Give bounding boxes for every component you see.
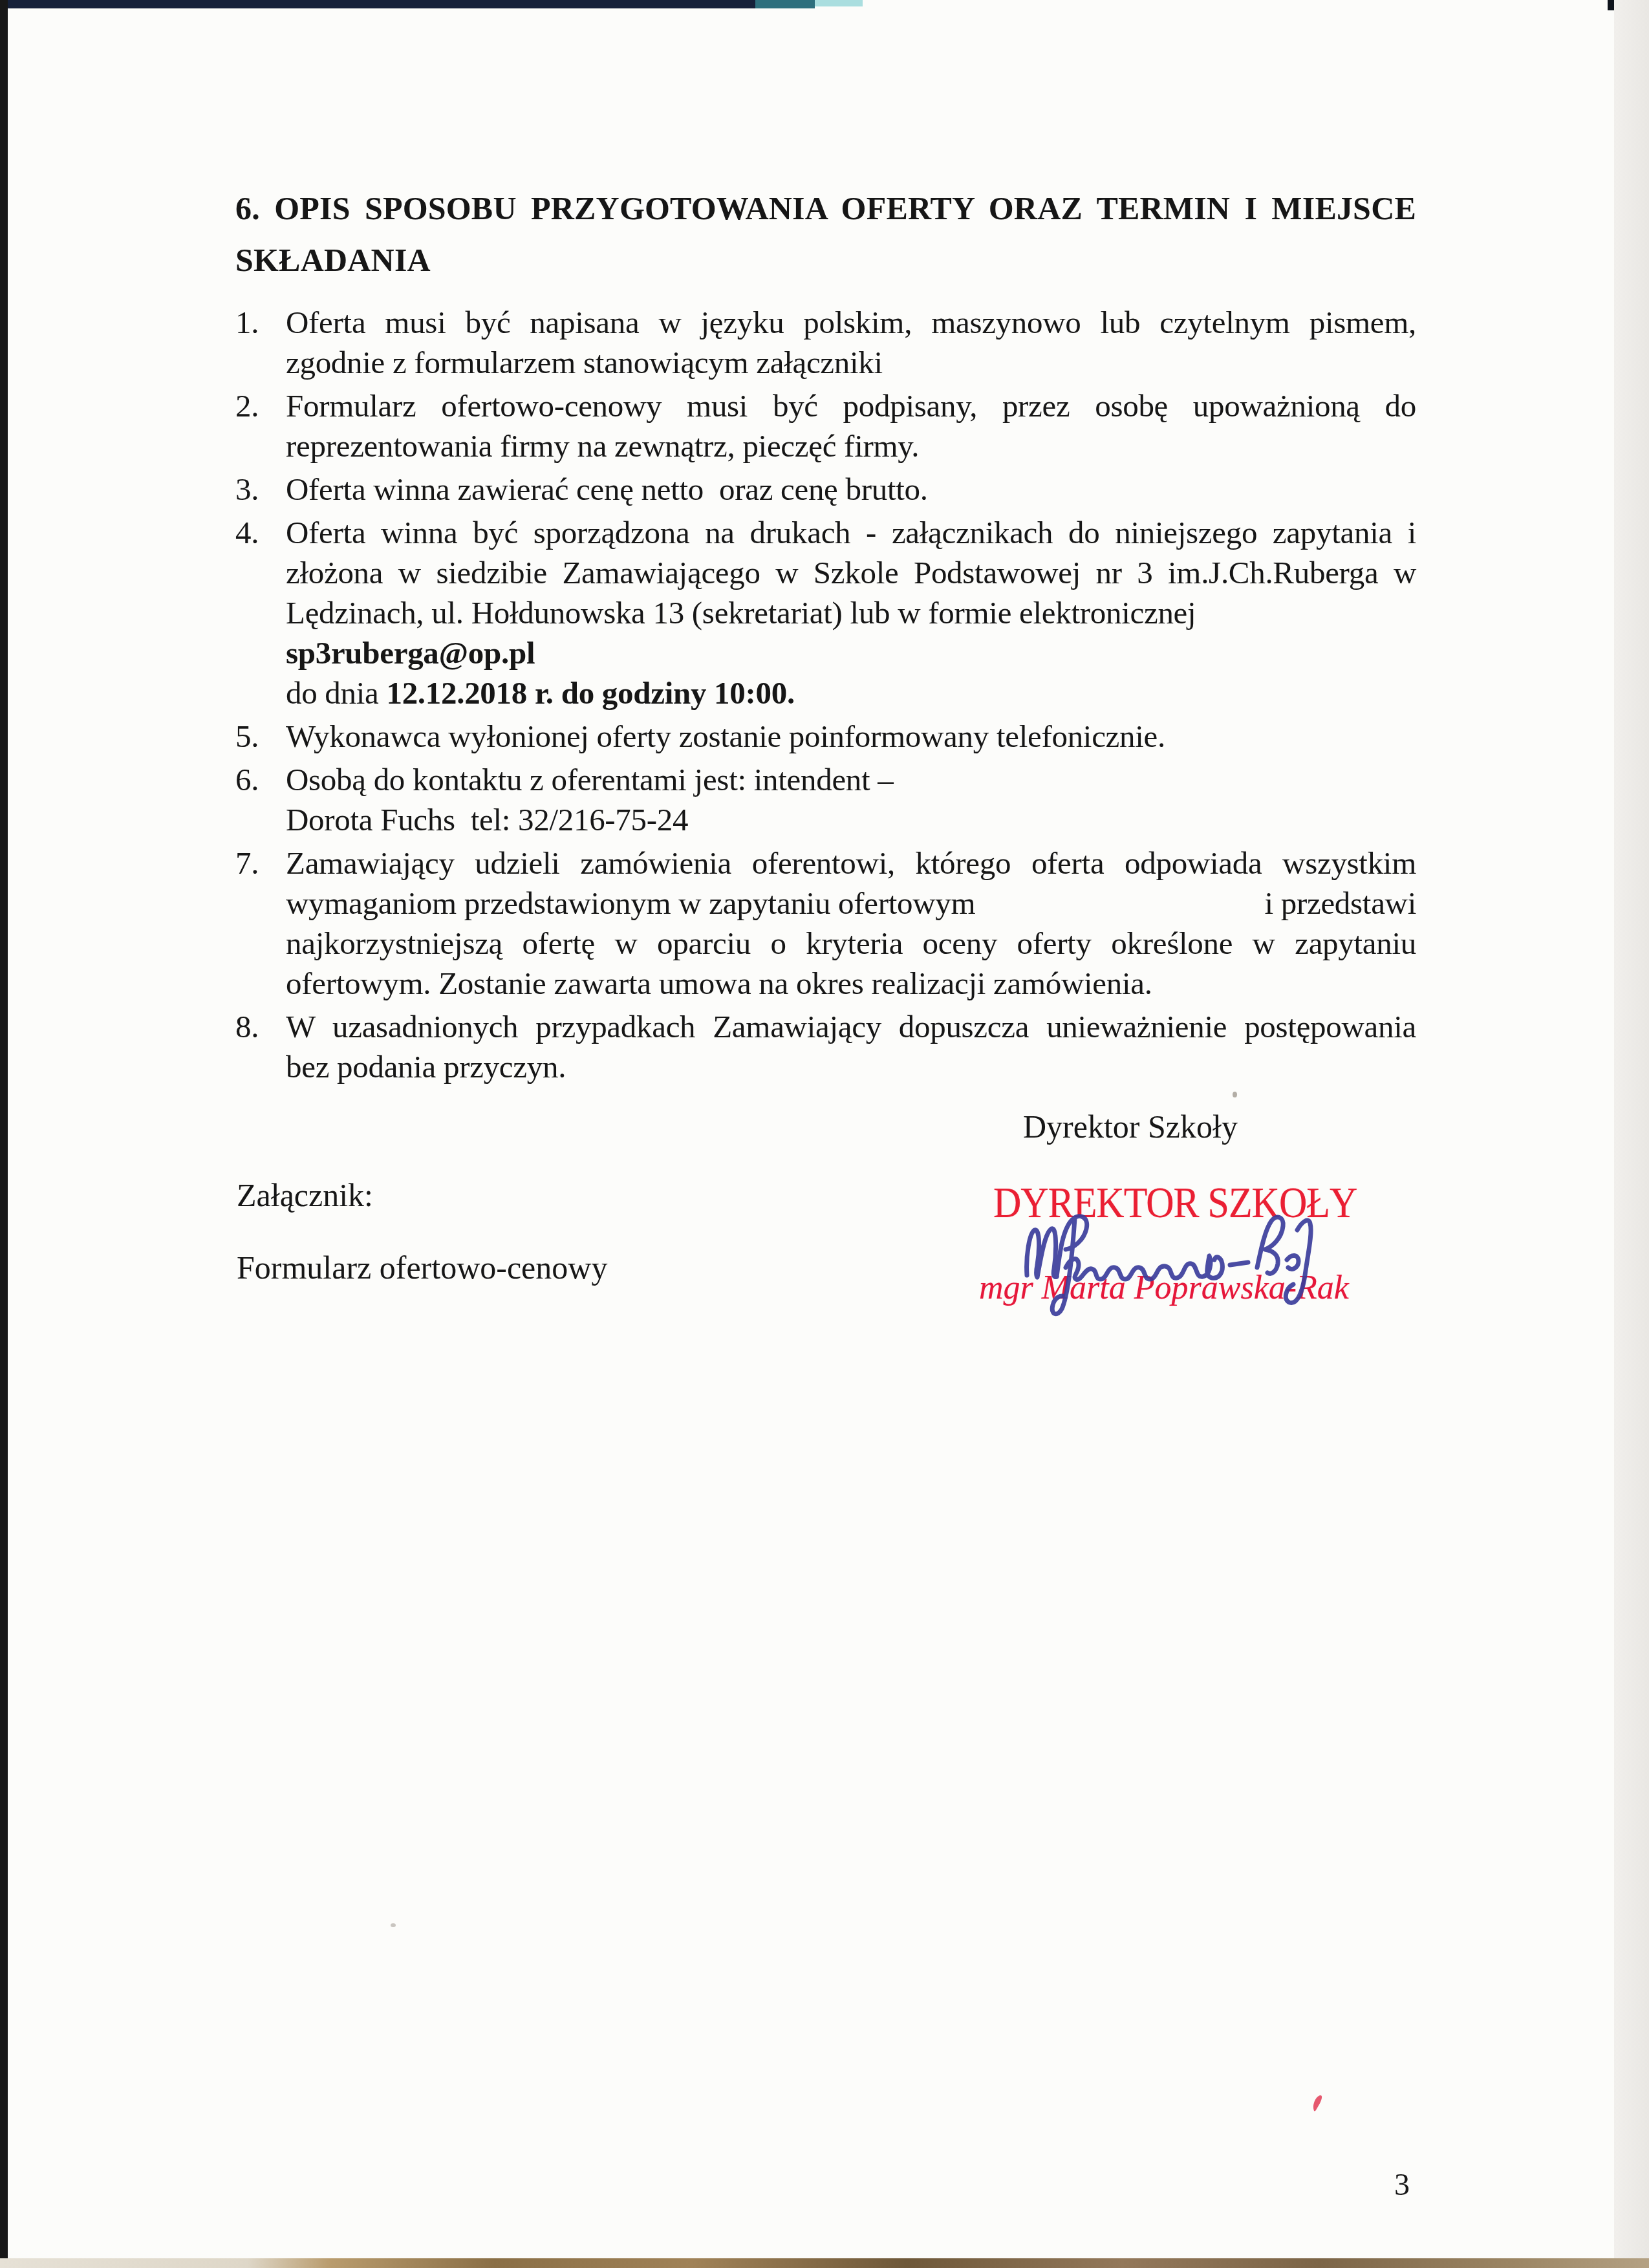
- list-line: sp3ruberga@op.pl: [286, 633, 1416, 673]
- text-run: zgodnie z formularzem stanowiącym załącz…: [286, 345, 883, 380]
- list-line: Zamawiający udzieli zamówienia oferentow…: [286, 843, 1416, 883]
- scan-edge-top-cyan: [815, 0, 863, 6]
- text-run: Dorota Fuchs tel: 32/216-75-24: [286, 802, 688, 837]
- section-heading-line1: 6. OPIS SPOSOBU PRZYGOTOWANIA OFERTY ORA…: [235, 182, 1416, 234]
- list-item: 6.Osobą do kontaktu z oferentami jest: i…: [235, 760, 1416, 840]
- text-run: Lędzinach, ul. Hołdunowska 13 (sekretari…: [286, 595, 1196, 631]
- section-heading: 6. OPIS SPOSOBU PRZYGOTOWANIA OFERTY ORA…: [235, 182, 1416, 286]
- list-item: 5.Wykonawca wyłonionej oferty zostanie p…: [235, 717, 1416, 757]
- scan-speck: [1233, 1092, 1237, 1097]
- text-run: Osobą do kontaktu z oferentami jest: int…: [286, 762, 894, 797]
- text-run: reprezentowania firmy na zewnątrz, piecz…: [286, 428, 919, 464]
- list-line: wymaganiom przedstawionym w zapytaniu of…: [286, 883, 1416, 923]
- list-line: Oferta musi być napisana w języku polski…: [286, 303, 1416, 343]
- list-line: Formularz ofertowo-cenowy musi być podpi…: [286, 386, 1416, 426]
- attachment-value: Formularz ofertowo-cenowy: [237, 1248, 607, 1287]
- text-run: Dorota Fuchs tel: 32/216-75-24: [286, 802, 688, 837]
- list-item-number: 3.: [235, 470, 282, 510]
- text-run: Zamawiający udzieli zamówienia oferentow…: [286, 845, 1416, 881]
- text-run: Oferta winna być sporządzona na drukach …: [286, 515, 1416, 550]
- text-run-right: i przedstawi: [1264, 883, 1416, 923]
- list-item-number: 1.: [235, 303, 282, 343]
- numbered-list: 1.Oferta musi być napisana w języku pols…: [235, 303, 1416, 1090]
- text-run: najkorzystniejszą ofertę w oparciu o kry…: [286, 925, 1416, 961]
- list-item-number: 6.: [235, 760, 282, 800]
- text-run: Lędzinach, ul. Hołdunowska 13 (sekretari…: [286, 595, 1196, 631]
- list-line: Oferta winna zawierać cenę netto oraz ce…: [286, 470, 1416, 510]
- text-run: Oferta musi być napisana w języku polski…: [286, 305, 1416, 340]
- list-item-number: 8.: [235, 1007, 282, 1047]
- list-item: 4.Oferta winna być sporządzona na drukac…: [235, 513, 1416, 713]
- list-line: Lędzinach, ul. Hołdunowska 13 (sekretari…: [286, 593, 1416, 633]
- list-line: ofertowym. Zostanie zawarta umowa na okr…: [286, 964, 1416, 1004]
- list-item-number: 4.: [235, 513, 282, 553]
- list-item-number: 5.: [235, 717, 282, 757]
- text-run: Formularz ofertowo-cenowy musi być podpi…: [286, 388, 1416, 424]
- list-item: 2.Formularz ofertowo-cenowy musi być pod…: [235, 386, 1416, 466]
- text-run: i przedstawi: [1264, 885, 1416, 921]
- text-run: ofertowym. Zostanie zawarta umowa na okr…: [286, 966, 1152, 1001]
- list-line: najkorzystniejszą ofertę w oparciu o kry…: [286, 923, 1416, 964]
- text-run: bez podania przyczyn.: [286, 1049, 566, 1085]
- text-run: ofertowym. Zostanie zawarta umowa na okr…: [286, 966, 1152, 1001]
- section-heading-line2: SKŁADANIA: [235, 234, 1416, 286]
- text-run: sp3ruberga@op.pl: [286, 635, 535, 671]
- red-ink-mark: [1310, 2093, 1326, 2115]
- text-run: do dnia: [286, 675, 386, 711]
- list-line: Oferta winna być sporządzona na drukach …: [286, 513, 1416, 553]
- text-run: zgodnie z formularzem stanowiącym załącz…: [286, 345, 883, 380]
- text-run: bez podania przyczyn.: [286, 1049, 566, 1085]
- list-line: Osobą do kontaktu z oferentami jest: int…: [286, 760, 1416, 800]
- list-line: zgodnie z formularzem stanowiącym załącz…: [286, 343, 1416, 383]
- text-run: wymaganiom przedstawionym w zapytaniu of…: [286, 885, 975, 921]
- list-line: do dnia 12.12.2018 r. do godziny 10:00.: [286, 673, 1416, 713]
- scan-edge-right-band: [1614, 0, 1649, 2268]
- list-line: Wykonawca wyłonionej oferty zostanie poi…: [286, 717, 1416, 757]
- director-stamp-title: DYREKTOR SZKOŁY: [993, 1180, 1357, 1226]
- text-run: złożona w siedzibie Zamawiającego w Szko…: [286, 555, 1416, 590]
- text-run: Wykonawca wyłonionej oferty zostanie poi…: [286, 718, 1165, 754]
- director-stamp-name: mgr Marta Poprawska-Rak: [979, 1269, 1349, 1308]
- scan-edge-top-teal: [755, 0, 815, 8]
- text-run: Oferta winna być sporządzona na drukach …: [286, 515, 1416, 550]
- bold-text-run: 12.12.2018 r. do godziny 10:00.: [386, 675, 794, 711]
- text-run: reprezentowania firmy na zewnątrz, piecz…: [286, 428, 919, 464]
- list-item: 1.Oferta musi być napisana w języku pols…: [235, 303, 1416, 383]
- scan-edge-bottom: [0, 2258, 1649, 2268]
- list-line: reprezentowania firmy na zewnątrz, piecz…: [286, 426, 1416, 466]
- text-run: Oferta winna zawierać cenę netto oraz ce…: [286, 471, 928, 507]
- list-line: złożona w siedzibie Zamawiającego w Szko…: [286, 553, 1416, 593]
- text-run-left: wymaganiom przedstawionym w zapytaniu of…: [286, 883, 975, 923]
- text-run: Oferta winna zawierać cenę netto oraz ce…: [286, 471, 928, 507]
- list-line: W uzasadnionych przypadkach Zamawiający …: [286, 1007, 1416, 1047]
- text-run: W uzasadnionych przypadkach Zamawiający …: [286, 1009, 1416, 1044]
- page-number: 3: [1394, 2166, 1410, 2204]
- list-line: bez podania przyczyn.: [286, 1047, 1416, 1087]
- list-item: 7.Zamawiający udzieli zamówienia oferent…: [235, 843, 1416, 1004]
- text-run: do dnia 12.12.2018 r. do godziny 10:00.: [286, 675, 795, 711]
- list-item: 3.Oferta winna zawierać cenę netto oraz …: [235, 470, 1416, 510]
- director-typed-title: Dyrektor Szkoły: [1023, 1107, 1238, 1146]
- text-run: W uzasadnionych przypadkach Zamawiający …: [286, 1009, 1416, 1044]
- scan-edge-top-dark: [0, 0, 755, 8]
- text-run: Wykonawca wyłonionej oferty zostanie poi…: [286, 718, 1165, 754]
- text-run: Formularz ofertowo-cenowy musi być podpi…: [286, 388, 1416, 424]
- list-item: 8.W uzasadnionych przypadkach Zamawiając…: [235, 1007, 1416, 1087]
- text-run: Zamawiający udzieli zamówienia oferentow…: [286, 845, 1416, 881]
- scan-speck: [391, 1923, 396, 1927]
- attachment-label: Załącznik:: [237, 1176, 373, 1215]
- scan-edge-left: [0, 0, 8, 2268]
- list-line: Dorota Fuchs tel: 32/216-75-24: [286, 800, 1416, 840]
- text-run: najkorzystniejszą ofertę w oparciu o kry…: [286, 925, 1416, 961]
- text-run: Osobą do kontaktu z oferentami jest: int…: [286, 762, 894, 797]
- list-item-number: 2.: [235, 386, 282, 426]
- scanned-document-page: 6. OPIS SPOSOBU PRZYGOTOWANIA OFERTY ORA…: [0, 0, 1649, 2268]
- text-run: Oferta musi być napisana w języku polski…: [286, 305, 1416, 340]
- list-item-number: 7.: [235, 843, 282, 883]
- bold-text-run: sp3ruberga@op.pl: [286, 635, 535, 671]
- text-run: złożona w siedzibie Zamawiającego w Szko…: [286, 555, 1416, 590]
